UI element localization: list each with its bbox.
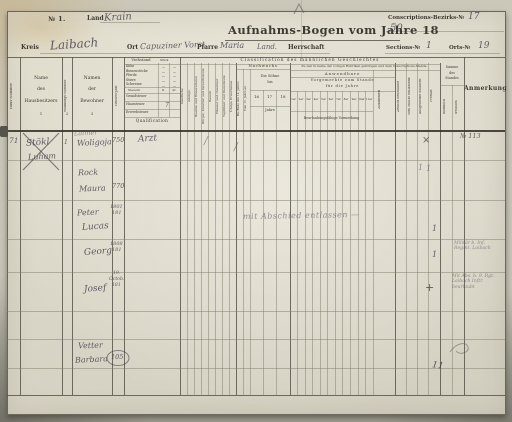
circled-year-mark (107, 351, 129, 366)
ink-strokes-overlay (0, 0, 512, 422)
scanned-census-form: № 1. Land Krain Conscriptions-Bezirks-№ … (0, 0, 512, 422)
pencil-squiggle (450, 344, 468, 354)
pencil-check-mark (294, 4, 304, 14)
